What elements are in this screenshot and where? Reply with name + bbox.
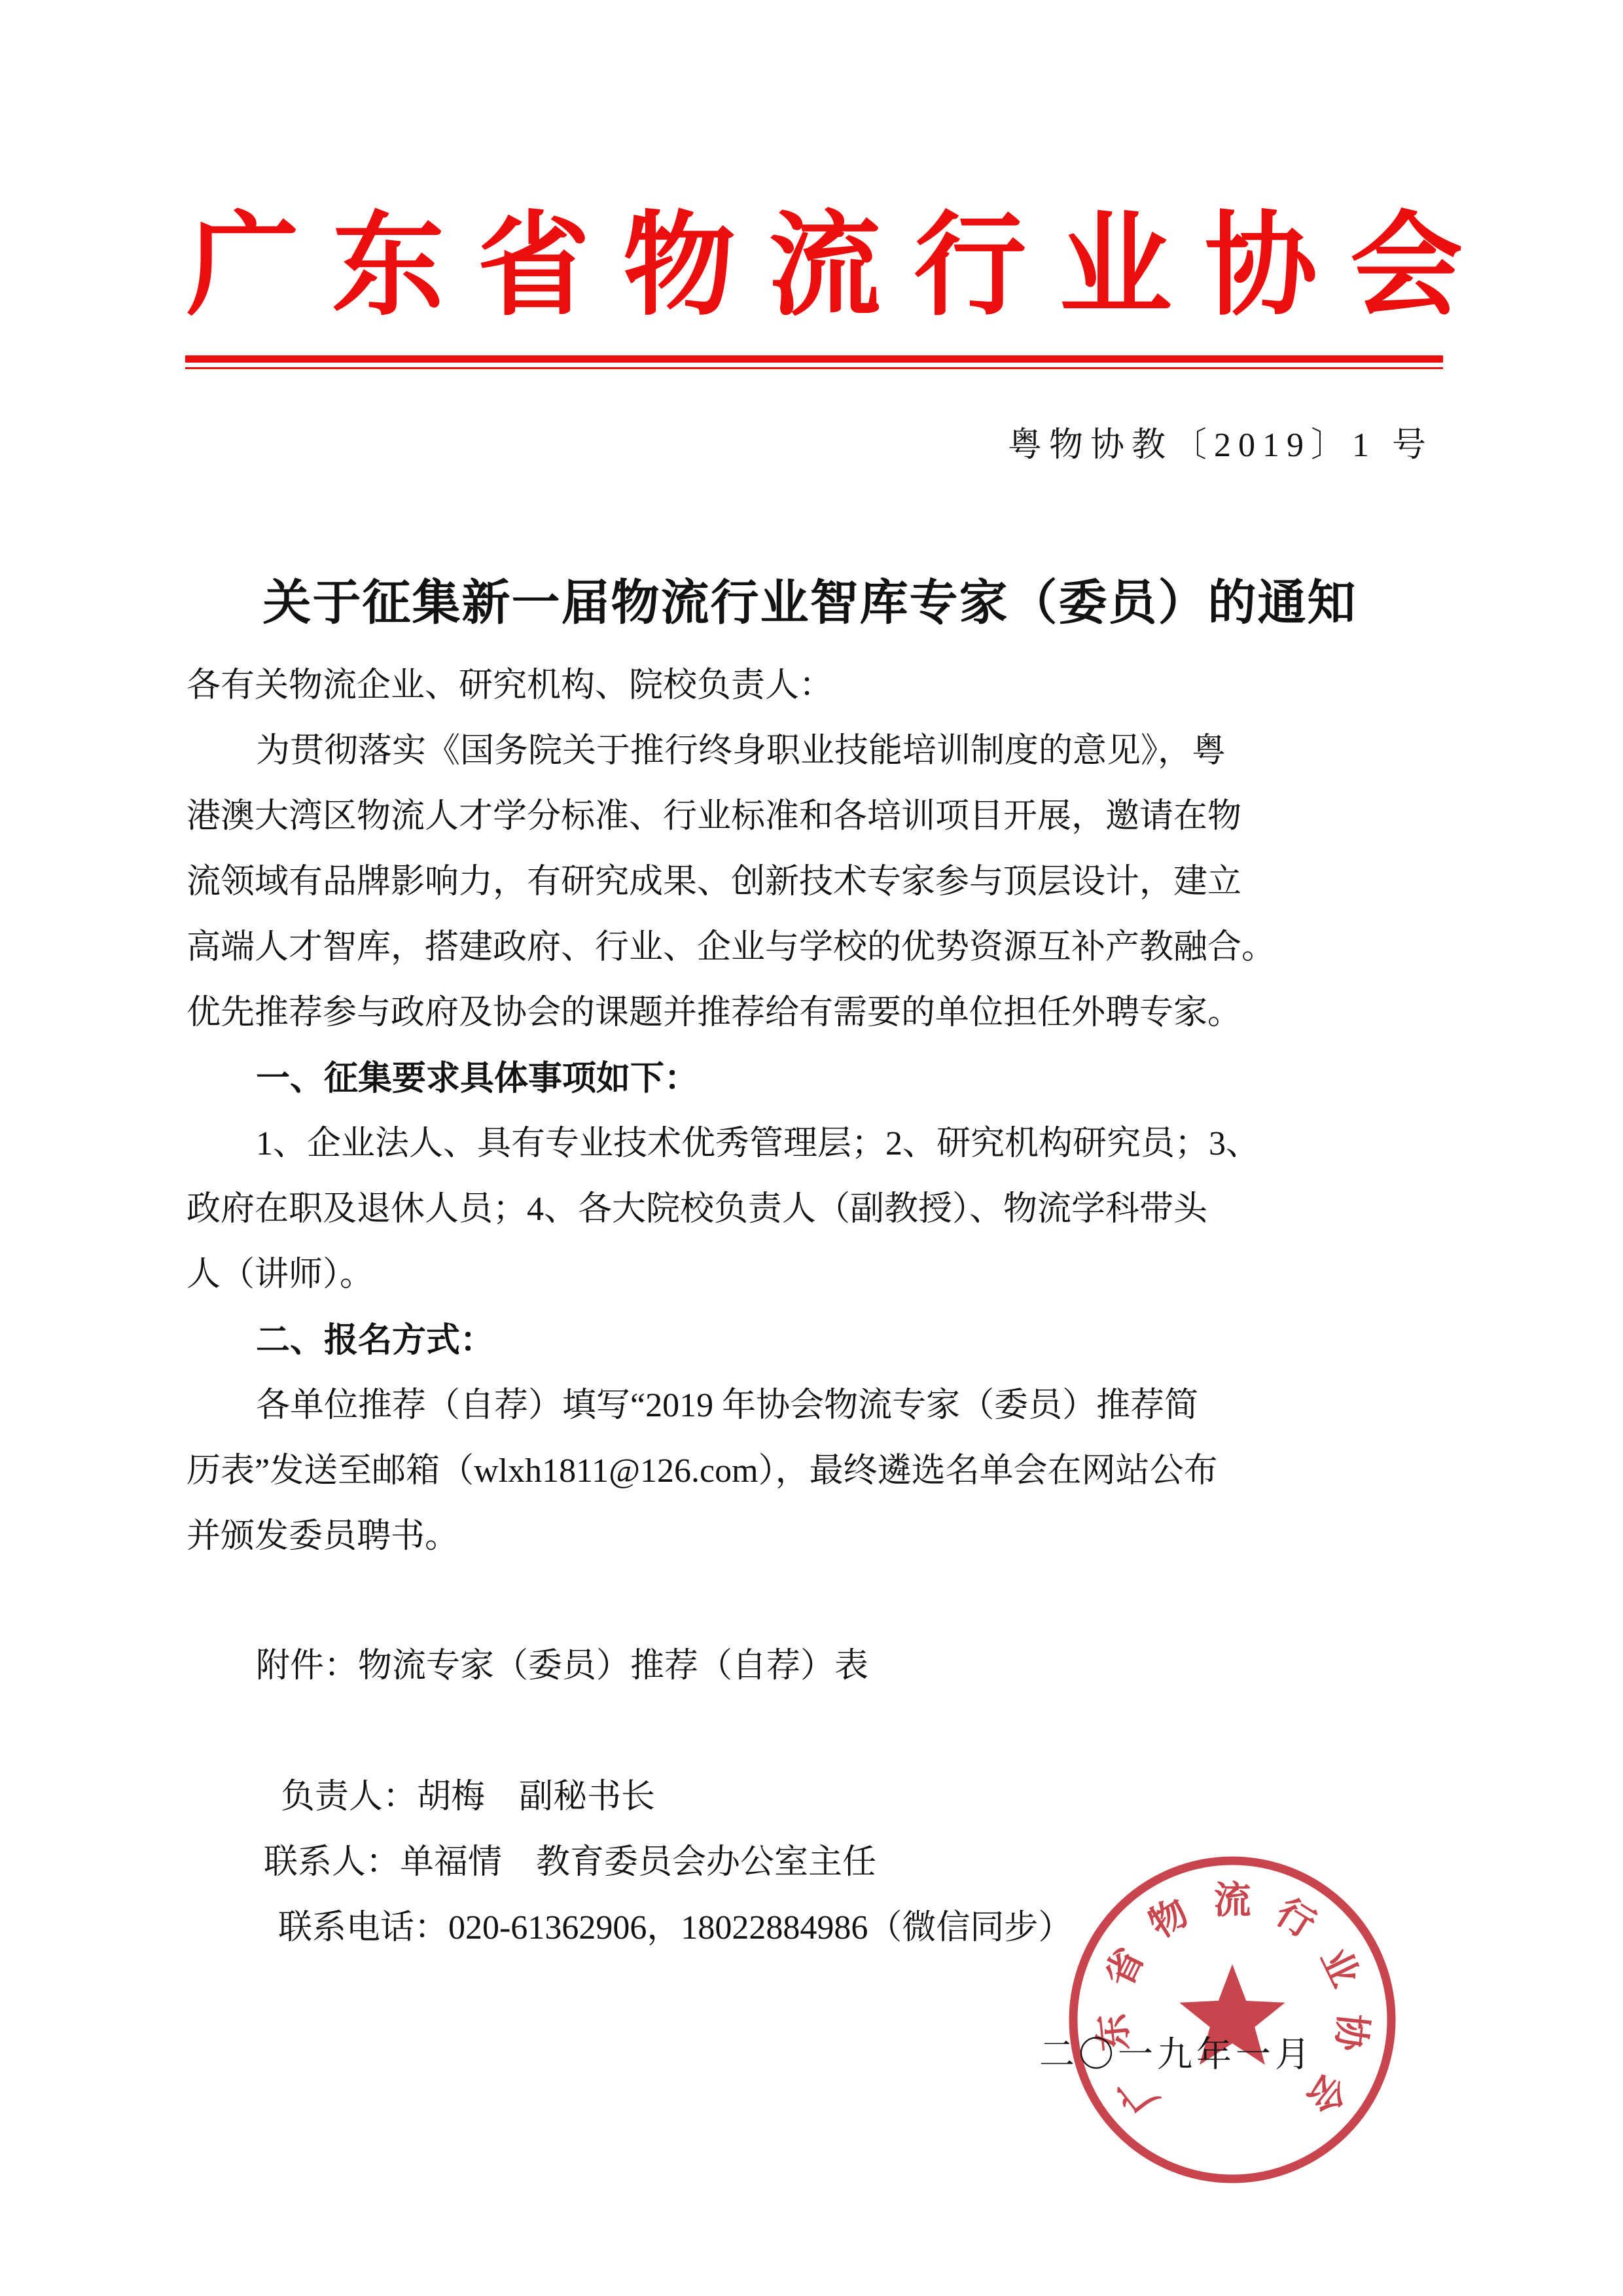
body-line: 港澳大湾区物流人才学分标准、行业标准和各培训项目开展，邀请在物	[187, 784, 1433, 850]
body-text: 各有关物流企业、研究机构、院校负责人： 为贯彻落实《国务院关于推行终身职业技能培…	[187, 653, 1433, 1570]
red-divider-thin	[185, 367, 1443, 369]
org-name-char: 协	[1205, 208, 1317, 326]
contact-block: 负责人：胡梅 副秘书长 联系人：单福情 教育委员会办公室主任 联系电话：020-…	[187, 1765, 1433, 1961]
org-name-char: 东	[332, 208, 444, 326]
person-in-charge-line: 负责人：胡梅 副秘书长	[187, 1765, 1433, 1830]
document-page: { "document": { "org_name": "广东省物流行业协会",…	[0, 0, 1623, 2296]
org-name-header: 广 东 省 物 流 行 业 协 会	[187, 208, 1463, 326]
body-line: 并颁发委员聘书。	[187, 1504, 1433, 1570]
org-name-char: 会	[1350, 208, 1463, 326]
section-heading-2: 二、报名方式：	[187, 1308, 1433, 1373]
org-name-char: 广	[187, 208, 299, 326]
org-name-char: 业	[1060, 208, 1172, 326]
body-line: 政府在职及退休人员；4、各大院校负责人（副教授）、物流学科带头	[187, 1177, 1433, 1242]
body-line: 高端人才智库，搭建政府、行业、企业与学校的优势资源互补产教融合。	[187, 915, 1433, 980]
org-name-char: 物	[623, 208, 736, 326]
body-line: 为贯彻落实《国务院关于推行终身职业技能培训制度的意见》，粤	[187, 719, 1433, 784]
salutation-line: 各有关物流企业、研究机构、院校负责人：	[187, 653, 1433, 719]
org-name-char: 行	[914, 208, 1026, 326]
attachment-line: 附件：物流专家（委员）推荐（自荐）表	[187, 1634, 1433, 1699]
date-line: 二〇一九年一月	[1039, 2033, 1314, 2076]
org-name-char: 流	[768, 208, 881, 326]
contact-person-line: 联系人：单福情 教育委员会办公室主任	[187, 1830, 1433, 1895]
body-line: 流领域有品牌影响力，有研究成果、创新技术专家参与顶层设计，建立	[187, 850, 1433, 915]
red-divider-thick	[185, 355, 1443, 363]
body-line: 历表”发送至邮箱（wlxh1811@126.com），最终遴选名单会在网站公布	[187, 1439, 1433, 1504]
body-line: 各单位推荐（自荐）填写“2019 年协会物流专家（委员）推荐简	[187, 1373, 1433, 1439]
contact-phone-line: 联系电话：020-61362906，18022884986（微信同步）	[187, 1895, 1433, 1961]
org-name-char: 省	[478, 208, 590, 326]
body-line: 1、企业法人、具有专业技术优秀管理层；2、研究机构研究员；3、	[187, 1111, 1433, 1177]
seal-rim-char: 协	[1328, 2011, 1373, 2054]
section-heading-1: 一、征集要求具体事项如下：	[187, 1046, 1433, 1111]
attachment-block: 附件：物流专家（委员）推荐（自荐）表	[187, 1634, 1433, 1699]
body-line: 优先推荐参与政府及协会的课题并推荐给有需要的单位担任外聘专家。	[187, 980, 1433, 1046]
body-line: 人（讲师）。	[187, 1242, 1433, 1308]
doc-title: 关于征集新一届物流行业智库专家（委员）的通知	[187, 575, 1433, 632]
doc-number: 粤物协教〔2019〕1 号	[1008, 422, 1433, 469]
